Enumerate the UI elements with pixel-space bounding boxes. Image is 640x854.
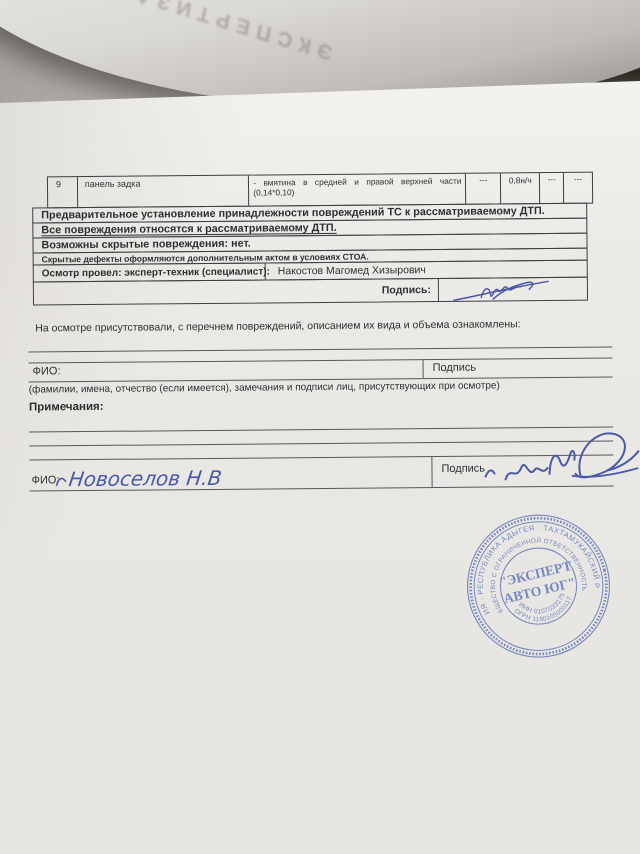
- attendees-hint: (фамилии, имена, отчество (если имеется)…: [29, 379, 619, 395]
- inspector-signature-label: Подпись:: [329, 279, 439, 302]
- inspector-signature-cell: [439, 278, 587, 301]
- signature-row-spacer: [34, 280, 329, 305]
- inspector-signature-icon: [439, 278, 587, 303]
- document-content: 9 панель задка - вмятина в средней и пра…: [0, 0, 640, 854]
- conclusion-block: Предварительное установление принадлежно…: [32, 204, 588, 306]
- bottom-signature-icon: [477, 423, 640, 490]
- signature-column-label: Подпись: [433, 362, 477, 374]
- handwritten-name-text: Новоселов Н.В: [67, 466, 223, 491]
- ruled-line: [28, 346, 612, 352]
- damage-description-line2: (0,14*0,10): [253, 186, 461, 198]
- damage-col-dash2: ---: [540, 173, 564, 203]
- damage-col-dash1: ---: [466, 173, 501, 203]
- damage-col-dash3: ---: [564, 173, 592, 203]
- document-page: 9 панель задка - вмятина в средней и пра…: [0, 0, 640, 854]
- fio-row-top-line: [29, 357, 613, 363]
- fio-label: ФИО:: [33, 365, 61, 377]
- company-stamp: РОССИЯ · РЕСПУБЛИКА АДЫГЕЯ · ТАХТАМУКАЙС…: [447, 494, 630, 677]
- damage-labor-norm: 0,8н/ч: [501, 173, 540, 203]
- fio-row-separator: [423, 359, 424, 378]
- attendees-intro: На осмотре присутствовали, с перечнем по…: [35, 317, 610, 334]
- inspector-signature-row: Подпись:: [33, 277, 588, 306]
- notes-label: Примечания:: [29, 401, 104, 414]
- handwritten-name: Новоселов Н.В: [49, 458, 284, 494]
- damage-row-number: 9: [48, 177, 78, 207]
- bottom-signature-separator: [431, 456, 432, 487]
- damage-description: - вмятина в средней и правой верхней час…: [249, 174, 466, 206]
- damage-part-name: панель задка: [78, 176, 250, 207]
